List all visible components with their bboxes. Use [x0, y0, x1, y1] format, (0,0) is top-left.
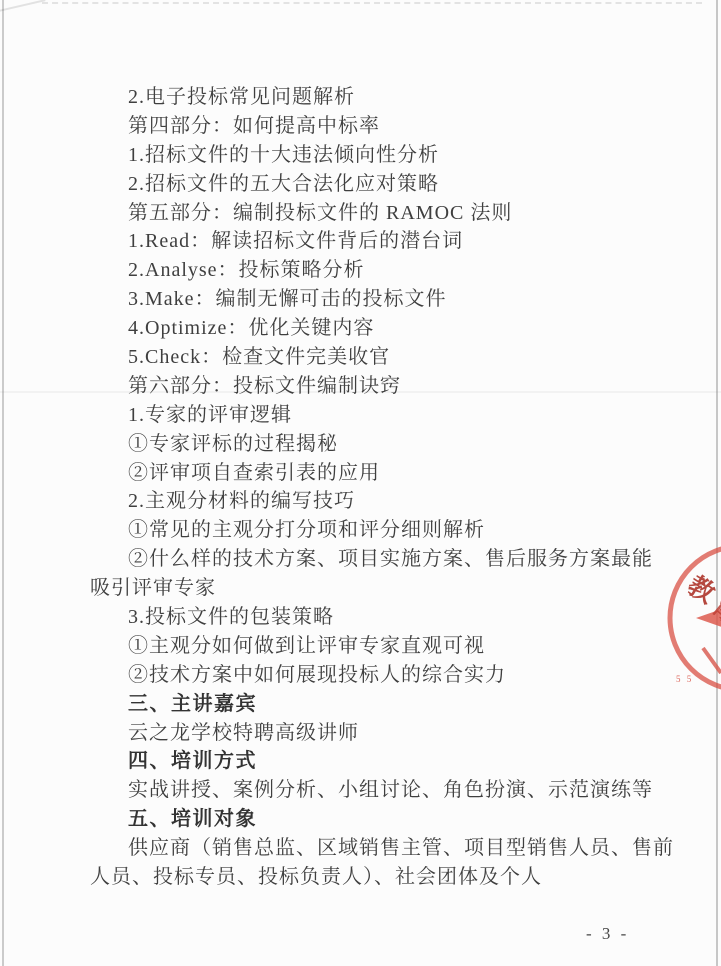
document-line: 供应商（销售总监、区域销售主管、项目型销售人员、售前 [90, 834, 646, 863]
document-line: 5.Check：检查文件完美收官 [90, 343, 646, 372]
document-line: ②什么样的技术方案、项目实施方案、售后服务方案最能 [90, 545, 646, 574]
document-line: 第六部分：投标文件编制诀窍 [90, 372, 646, 401]
section-heading: 三、主讲嘉宾 [90, 690, 646, 719]
document-line: 2.招标文件的五大合法化应对策略 [90, 170, 646, 199]
document-line: 2.电子投标常见问题解析 [90, 83, 646, 112]
document-line: ②评审项自查索引表的应用 [90, 459, 646, 488]
document-line: 3.投标文件的包装策略 [90, 603, 646, 632]
document-line: 4.Optimize：优化关键内容 [90, 314, 646, 343]
document-line: ②技术方案中如何展现投标人的综合实力 [90, 661, 646, 690]
document-line: 吸引评审专家 [90, 574, 646, 603]
text-block: 2.电子投标常见问题解析第四部分：如何提高中标率1.招标文件的十大违法倾向性分析… [90, 83, 646, 892]
section-heading: 四、培训方式 [90, 747, 646, 776]
document-line: 人员、投标专员、投标负责人）、社会团体及个人 [90, 863, 646, 892]
seal-digits: 5 5 [676, 674, 693, 684]
scan-edge-top [42, 2, 702, 4]
document-line: 1.招标文件的十大违法倾向性分析 [90, 141, 646, 170]
document-line: 2.主观分材料的编写技巧 [90, 487, 646, 516]
document-line: ①专家评标的过程揭秘 [90, 430, 646, 459]
document-line: ①常见的主观分打分项和评分细则解析 [90, 516, 646, 545]
scan-corner-artifact [0, 0, 46, 13]
document-line: 1.Read：解读招标文件背后的潜台词 [90, 227, 646, 256]
document-line: 实战讲授、案例分析、小组讨论、角色扮演、示范演练等 [90, 776, 646, 805]
seal-stroke [703, 648, 721, 673]
red-seal-stamp: 教 育 5 5 [655, 530, 721, 700]
document-line: 云之龙学校特聘高级讲师 [90, 719, 646, 748]
document-line: 2.Analyse：投标策略分析 [90, 256, 646, 285]
document-line: 3.Make：编制无懈可击的投标文件 [90, 285, 646, 314]
scan-edge-left [2, 0, 4, 966]
document-line: 第四部分：如何提高中标率 [90, 112, 646, 141]
seal-graphic: 教 育 5 5 [670, 546, 721, 690]
section-heading: 五、培训对象 [90, 805, 646, 834]
document-line: 第五部分：编制投标文件的 RAMOC 法则 [90, 199, 646, 228]
scan-edge-right [716, 0, 718, 966]
document-page: 2.电子投标常见问题解析第四部分：如何提高中标率1.招标文件的十大违法倾向性分析… [0, 0, 721, 966]
document-line: ①主观分如何做到让评审专家直观可视 [90, 632, 646, 661]
page-number: - 3 - [586, 924, 629, 944]
document-line: 1.专家的评审逻辑 [90, 401, 646, 430]
